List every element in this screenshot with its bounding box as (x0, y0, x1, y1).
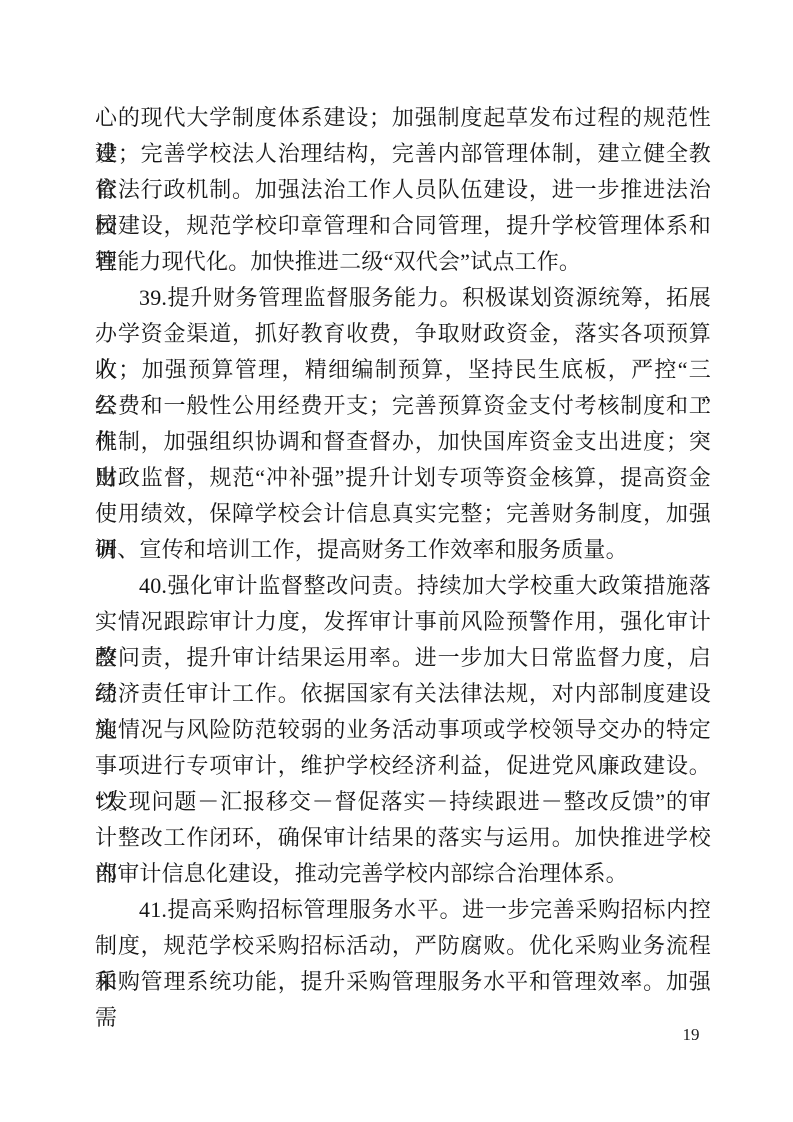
text-line: 财政监督，规范“冲补强”提升计划专项等资金核算，提高资金 (95, 460, 711, 496)
text-line: 设；完善学校法人治理结构，完善内部管理体制，建立健全教育 (95, 136, 711, 172)
text-line: 实情况跟踪审计力度，发挥审计事前风险预警作用，强化审计整 (95, 604, 711, 640)
document-page: 心的现代大学制度体系建设；加强制度起草发布过程的规范性建 设；完善学校法人治理结… (0, 0, 793, 1122)
text-line: 园建设，规范学校印章管理和合同管理，提升学校管理体系和管 (95, 208, 711, 244)
text-line: 机制，加强组织协调和督查督办，加快国库资金支出进度；突出 (95, 424, 711, 460)
text-line: “发现问题－汇报移交－督促落实－持续跟进－整改反馈”的审 (95, 784, 711, 820)
text-line: 部审计信息化建设，推动完善学校内部综合治理体系。 (95, 856, 711, 892)
text-line: 心的现代大学制度体系建设；加强制度起草发布过程的规范性建 (95, 100, 711, 136)
text-line: 依法行政机制。加强法治工作人员队伍建设，进一步推进法治校 (95, 172, 711, 208)
paragraph-item-41: 41.提高采购招标管理服务水平。进一步完善采购招标内控 制度，规范学校采购招标活… (95, 892, 711, 1000)
text-line: 制度，规范学校采购招标活动，严防腐败。优化采购业务流程和 (95, 928, 711, 964)
text-line: 研、宣传和培训工作，提高财务工作效率和服务质量。 (95, 532, 711, 568)
text-line: 经济责任审计工作。依据国家有关法律法规，对内部制度建设实 (95, 676, 711, 712)
text-line: 使用绩效，保障学校会计信息真实完整；完善财务制度，加强调 (95, 496, 711, 532)
paragraph-item-39: 39.提升财务管理监督服务能力。积极谋划资源统筹，拓展 办学资金渠道，抓好教育收… (95, 280, 711, 568)
text-line: 41.提高采购招标管理服务水平。进一步完善采购招标内控 (95, 892, 711, 928)
text-line: 入；加强预算管理，精细编制预算，坚持民生底板，严控“三公” (95, 352, 711, 388)
paragraph-continuation: 心的现代大学制度体系建设；加强制度起草发布过程的规范性建 设；完善学校法人治理结… (95, 100, 711, 280)
text-line: 施情况与风险防范较弱的业务活动事项或学校领导交办的特定 (95, 712, 711, 748)
text-line: 采购管理系统功能，提升采购管理服务水平和管理效率。加强需 (95, 964, 711, 1000)
paragraph-item-40: 40.强化审计监督整改问责。持续加大学校重大政策措施落 实情况跟踪审计力度，发挥… (95, 568, 711, 892)
text-line: 理能力现代化。加快推进二级“双代会”试点工作。 (95, 244, 711, 280)
text-line: 经费和一般性公用经费开支；完善预算资金支付考核制度和工作 (95, 388, 711, 424)
text-line: 办学资金渠道，抓好教育收费，争取财政资金，落实各项预算收 (95, 316, 711, 352)
document-body: 心的现代大学制度体系建设；加强制度起草发布过程的规范性建 设；完善学校法人治理结… (95, 100, 711, 1000)
page-number: 19 (676, 1024, 706, 1046)
text-line: 改问责，提升审计结果运用率。进一步加大日常监督力度，启动 (95, 640, 711, 676)
text-line: 事项进行专项审计，维护学校经济利益，促进党风廉政建设。以 (95, 748, 711, 784)
text-line: 40.强化审计监督整改问责。持续加大学校重大政策措施落 (95, 568, 711, 604)
text-line: 39.提升财务管理监督服务能力。积极谋划资源统筹，拓展 (95, 280, 711, 316)
text-line: 计整改工作闭环，确保审计结果的落实与运用。加快推进学校内 (95, 820, 711, 856)
